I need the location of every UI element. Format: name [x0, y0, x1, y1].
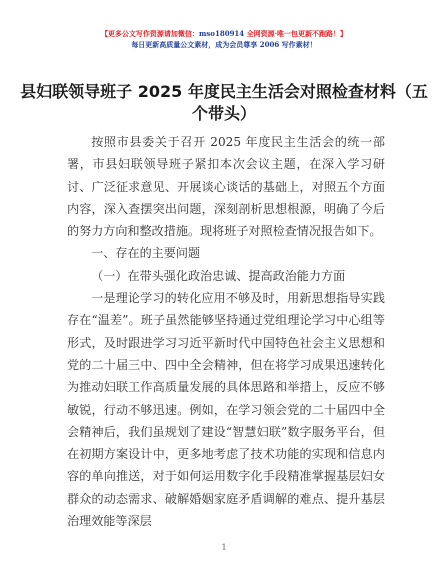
promo-banner: 【更多公文写作资源请加微信：mso180914 全网资源·唯一包更新不跑路！】 … — [0, 28, 448, 50]
intro-paragraph: 按照市县委关于召开 2025 年度民主生活会的统一部署，市县妇联领导班子紧扣本次… — [67, 131, 385, 242]
promo-banner-line1: 【更多公文写作资源请加微信：mso180914 全网资源·唯一包更新不跑路！】 — [0, 28, 448, 39]
section-heading: 一、存在的主要问题 — [67, 242, 385, 264]
subsection-heading: （一）在带头强化政治忠诚、提高政治能力方面 — [67, 265, 385, 287]
document-title: 县妇联领导班子 2025 年度民主生活会对照检查材料（五个带头） — [20, 81, 428, 125]
document-body: 按照市县委关于召开 2025 年度民主生活会的统一部署，市县妇联领导班子紧扣本次… — [67, 131, 385, 532]
body-paragraph: 一是理论学习的转化应用不够及时，用新思想指导实践存在“温差”。班子虽然能够坚持通… — [67, 287, 385, 532]
wechat-id: mso180914 — [199, 29, 244, 38]
promo-banner-line2: 每日更新高质量公文素材，成为会员尊享 2006 写作素材！ — [0, 39, 448, 50]
page-number: 1 — [0, 543, 448, 552]
